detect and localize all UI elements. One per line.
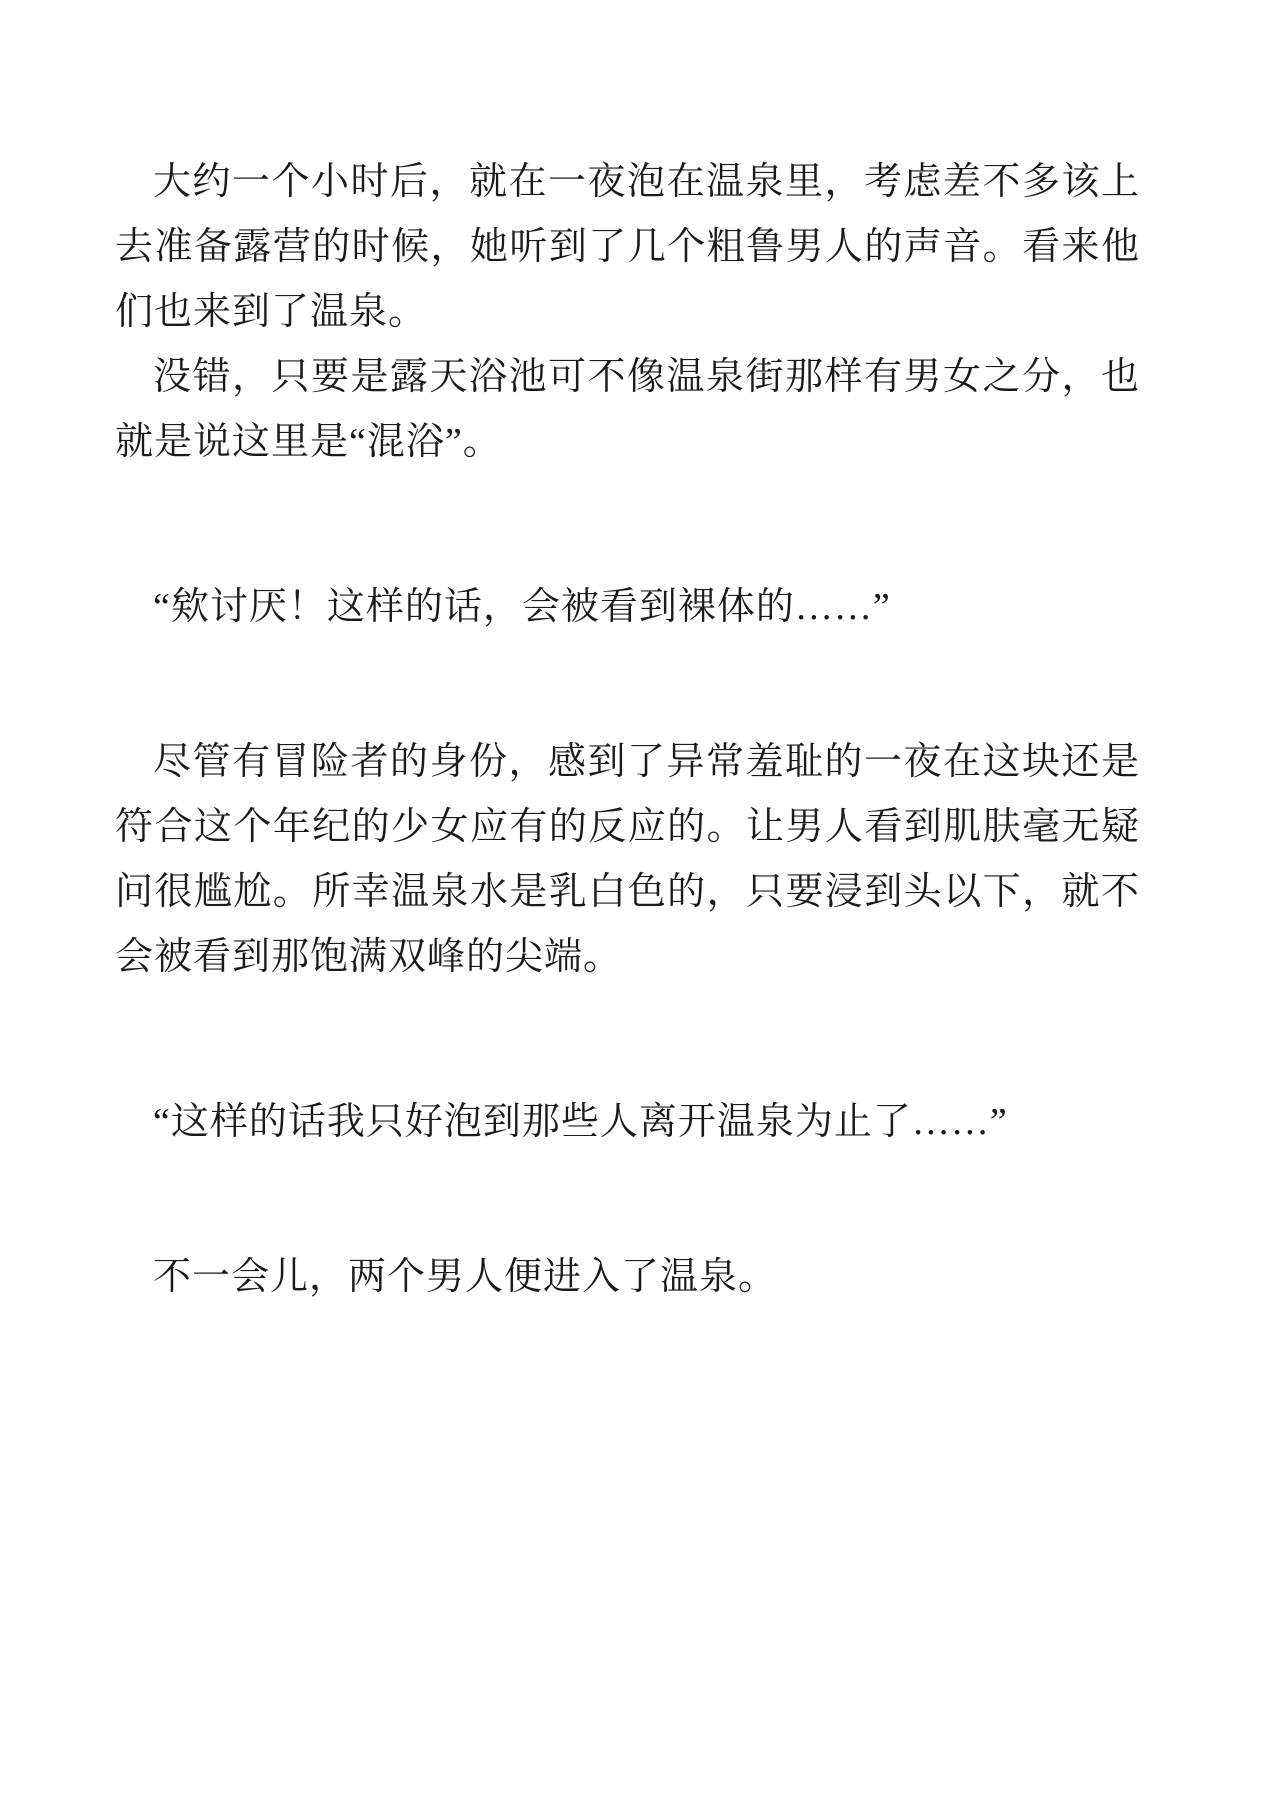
paragraph-narration: 尽管有冒险者的身份，感到了异常羞耻的一夜在这块还是符合这个年纪的少女应有的反应的…	[115, 730, 1140, 990]
paragraph-dialogue: “欸讨厌！这样的话，会被看到裸体的……”	[115, 575, 1140, 640]
text-body: 大约一个小时后，就在一夜泡在温泉里，考虑差不多该上去准备露营的时候，她听到了几个…	[115, 150, 1140, 1310]
paragraph-narration: 不一会儿，两个男人便进入了温泉。	[115, 1245, 1140, 1310]
document-page: 大约一个小时后，就在一夜泡在温泉里，考虑差不多该上去准备露营的时候，她听到了几个…	[0, 0, 1280, 1810]
paragraph-dialogue: “这样的话我只好泡到那些人离开温泉为止了……”	[115, 1090, 1140, 1155]
paragraph-narration: 大约一个小时后，就在一夜泡在温泉里，考虑差不多该上去准备露营的时候，她听到了几个…	[115, 150, 1140, 345]
paragraph-narration: 没错，只要是露天浴池可不像温泉街那样有男女之分，也就是说这里是“混浴”。	[115, 345, 1140, 475]
